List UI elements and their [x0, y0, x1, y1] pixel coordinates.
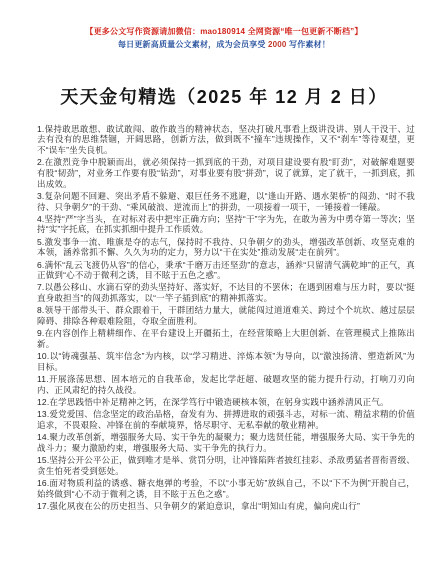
quote-item: 5.激发事争一流、唯旗是夺的志气，保持时不我待、只争朝夕的劲头，增强改革创新、攻… [37, 237, 415, 258]
quote-item: 16.面对物质利益的诱惑、糖衣炮弹的考验，不以“小事无妨”放纵自己，不以“下不为… [37, 478, 415, 499]
quote-item: 10.以“铸魂强基、筑牢信念”为内核，以“学习精进、淬炼本领”为导向，以“激浊扬… [37, 351, 415, 372]
quote-item: 13.爱党爱国、信念坚定的政治品格，奋发有为、拼搏进取的顽强斗志，对标一流、精益… [37, 409, 415, 430]
promo-header: 【更多公文写作资源请加微信：mao180914 全网资源“唯一包更新不断档”】 … [0, 0, 448, 52]
quote-item: 1.保持敢思敢想、敢试敢闯、敢作敢当的精神状态，坚决打破凡事看上级讲没讲、别人干… [37, 124, 415, 156]
document-page: 【更多公文写作资源请加微信：mao180914 全网资源“唯一包更新不断档”】 … [0, 0, 448, 580]
promo-member-count: 2000 [268, 40, 287, 49]
quote-item: 2.在激烈竞争中脱颖而出，就必须保持一抓到底的干劲，对项目建设要有股“盯劲”，对… [37, 157, 415, 189]
quote-item: 4.坚持“严”字当头，在对标对表中把牢正确方向；坚持“干”字为先，在敢为善为中勇… [37, 214, 415, 235]
promo-line-2-text: 每日更新高质量公文素材，成为会员享受 [118, 40, 268, 49]
quote-item: 3.复杂问题不回避、突出矛盾不躲避、艰巨任务不逃避，以“逢山开路、遇水架桥”的闯… [37, 191, 415, 212]
quote-list: 1.保持敢思敢想、敢试敢闯、敢作敢当的精神状态，坚决打破凡事看上级讲没讲、别人干… [37, 124, 415, 512]
quote-item: 17.强化夙夜在公的历史担当、只争朝夕的紧迫意识，拿出“明知山有虎，偏向虎山行” [37, 501, 415, 512]
quote-item: 8.领导干部带头干、群众跟着干，干群团结力量大，就能闯过道道难关、跨过个个坑坎、… [37, 305, 415, 326]
quote-item: 6.满怀“乱云飞渡仍从容”的信心，秉承“千磨万击还坚劲”的意志，涵养“只留清气满… [37, 260, 415, 281]
quote-item: 11.开展涤荡思想、固本培元的自我革命，发起比学赶超、破题攻坚的能力提升行动，打… [37, 374, 415, 395]
promo-line-2-suffix: 写作素材！ [287, 40, 330, 49]
quote-item: 15.坚持公开公平公正，做到唯才是举、赏罚分明，让冲锋陷阵者披红挂彩、杀敌勇猛者… [37, 455, 415, 476]
promo-line-1: 【更多公文写作资源请加微信：mao180914 全网资源“唯一包更新不断档”】 [0, 26, 448, 39]
quote-item: 14.聚力改革创新，增强服务大局、实干争先的凝聚力；聚力选贤任能，增强服务大局、… [37, 432, 415, 453]
promo-line-2: 每日更新高质量公文素材，成为会员享受 2000 写作素材！ [0, 39, 448, 52]
quote-item: 7.以愚公移山、水滴石穿的劲头坚持好、落实好，不达目的不罢休；在遇到困难与压力时… [37, 282, 415, 303]
quote-item: 12.在学思践悟中补足精神之钙，在深学笃行中锻造硬核本领，在躬身实践中涵养清风正… [37, 397, 415, 408]
page-title: 天天金句精选（2025 年 12 月 2 日） [0, 83, 448, 109]
quote-item: 9.在内容创作上精耕细作、在平台建设上开疆拓土，在经营策略上大胆创新、在管理模式… [37, 328, 415, 349]
